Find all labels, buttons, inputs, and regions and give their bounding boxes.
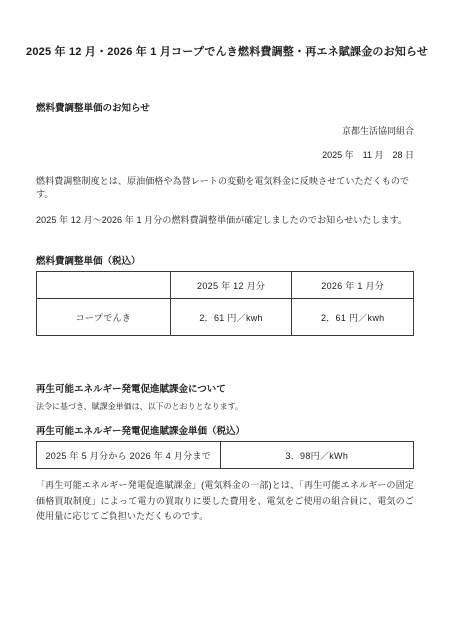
document-page: 2025 年 12 月・2026 年 1 月コープでんき燃料費調整・再エネ賦課金… — [0, 0, 450, 636]
renewable-section-heading: 再生可能エネルギー発電促進賦課金について — [36, 381, 414, 395]
renewable-surcharge-table: 2025 年 5 月分から 2026 年 4 月分まで 3．98円／kWh — [36, 441, 414, 469]
fuel-section-heading: 燃料費調整単価のお知らせ — [36, 100, 414, 114]
table-row: 2025 年 12 月分 2026 年 1 月分 — [37, 272, 414, 299]
fuel-table-header-dec-2025: 2025 年 12 月分 — [170, 272, 292, 299]
renewable-table-caption: 再生可能エネルギー発電促進賦課金単価（税込） — [36, 423, 414, 437]
document-date: 2025 年 11 月 28 日 — [36, 148, 414, 161]
organization-name: 京都生活協同組合 — [36, 124, 414, 137]
renewable-table-price: 3．98円／kWh — [220, 442, 413, 469]
renewable-paragraph: 「再生可能エネルギー発電促進賦課金」(電気料金の一部)とは、「再生可能エネルギー… — [36, 478, 414, 525]
fuel-adjustment-table: 2025 年 12 月分 2026 年 1 月分 コープでんき 2．61 円／k… — [36, 271, 414, 336]
fuel-table-caption: 燃料費調整単価（税込） — [36, 253, 414, 267]
fuel-paragraph-2: 2025 年 12 月～2026 年 1 月分の燃料費調整単価が確定しましたので… — [36, 213, 414, 226]
renewable-note: 法令に基づき、賦課金単価は、以下のとおりとなります。 — [36, 401, 414, 412]
fuel-table-header-blank — [37, 272, 171, 299]
document-title: 2025 年 12 月・2026 年 1 月コープでんき燃料費調整・再エネ賦課金… — [26, 0, 424, 59]
renewable-table-period: 2025 年 5 月分から 2026 年 4 月分まで — [37, 442, 221, 469]
fuel-paragraph-1: 燃料費調整制度とは、原油価格や為替レートの変動を電気料金に反映させていただくもの… — [36, 174, 414, 200]
fuel-table-row-label: コープでんき — [37, 299, 171, 336]
fuel-table-header-jan-2026: 2026 年 1 月分 — [292, 272, 414, 299]
fuel-table-value-jan-2026: 2．61 円／kwh — [292, 299, 414, 336]
table-row: 2025 年 5 月分から 2026 年 4 月分まで 3．98円／kWh — [37, 442, 414, 469]
fuel-table-value-dec-2025: 2．61 円／kwh — [170, 299, 292, 336]
table-row: コープでんき 2．61 円／kwh 2．61 円／kwh — [37, 299, 414, 336]
